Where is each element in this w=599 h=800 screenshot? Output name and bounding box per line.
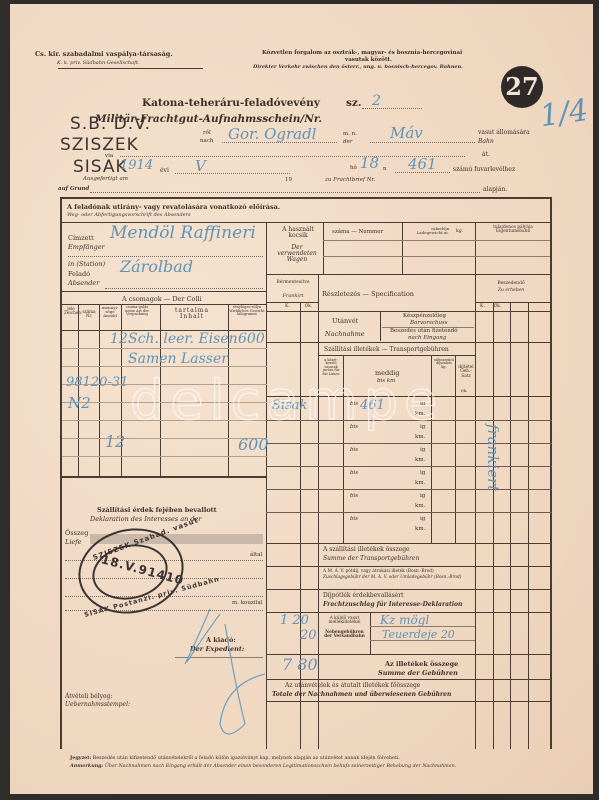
basis-label: alapján. — [483, 187, 507, 193]
prepaid-col-f: f/k. — [305, 305, 312, 310]
collect-col-k: K. — [480, 305, 485, 310]
on-receipt-hu: Beszedés után fizetendő — [390, 329, 458, 335]
colli-row-5-count: 12 — [105, 434, 125, 450]
transport-fees-header: Szállítási illetékek — Transportgebühren — [324, 347, 449, 353]
collect-col-f: f/k. — [494, 305, 501, 310]
waybill-label-hu: számú fuvarlevélhez — [453, 167, 515, 173]
wagon-kg-header: kg. — [456, 230, 463, 235]
day-value: 18 — [360, 156, 379, 171]
colli-col-count: mennyi-sége Anzahl — [100, 306, 120, 318]
expedient-signature — [165, 604, 275, 754]
grand-total-hu: Az utánvételek és átutalt illetékek főös… — [285, 683, 420, 689]
consignee-label-de: Empfänger — [68, 244, 105, 251]
watermark: delcampe — [130, 369, 443, 432]
cod-label-hu: Utánvét — [332, 318, 358, 325]
colli-col-number: száma Nr. — [80, 310, 98, 318]
footer-note-hu-label: Jegyzet: — [70, 755, 91, 761]
colli-row-1-content: Sch. leer. Eisen — [128, 332, 238, 346]
takeover-stamp-label-hu: Átvételi bélyeg: — [65, 694, 112, 700]
rate-col-header: díjtétel Geb.-Satz — [457, 366, 475, 379]
weight-col-header: súlyszerinti díjszabás kg. — [433, 359, 455, 369]
page-title-hu: Katona-teheráru-feladóvevény — [142, 98, 320, 109]
wagon-load-header: rakodója Ladegewicht m. — [405, 227, 449, 235]
side-fees-de: Nebengebühren der Versandbahn — [322, 631, 367, 640]
traffic-hu-1: Közvetlen forgalom az osztrák-, magyar- … — [262, 51, 462, 57]
via-label: via — [105, 154, 113, 160]
prepaid-col-k: K. — [285, 305, 290, 310]
used-wagons-de: Der verwendeten Wagen — [272, 245, 322, 263]
sender-value: Zárolbad — [120, 259, 193, 275]
from-label-de: nach — [200, 139, 213, 145]
colli-col-content: tartalma Inhalt — [162, 308, 222, 320]
colli-col-packing: csoma-golás neme Art der Verpackung — [122, 306, 152, 317]
divider — [58, 68, 203, 69]
mav-surcharge-de: Zuschlagsgebühr der M. A. V. oder Umlade… — [323, 576, 473, 580]
traffic-hu-2: vasutak között. — [345, 58, 392, 64]
amount-label-hu: Összeg — [65, 530, 88, 537]
year-prefix: 19 — [285, 178, 292, 184]
by-label: által — [250, 553, 262, 559]
month-label: hó — [350, 166, 357, 172]
footer-note-de-text: Über Nachnahmen nach Eingang erhält der … — [105, 764, 456, 769]
on-receipt-de: nach Eingang — [408, 336, 446, 342]
issued-label: Ausgefertigt am — [83, 177, 128, 183]
routing-instruction-de: Weg- oder Abfertigungsvorschrift des Abs… — [67, 213, 191, 218]
year-label: évi — [160, 168, 169, 174]
to-label-de: der — [343, 140, 352, 146]
title-sz: sz. — [346, 98, 362, 109]
fraction-annotation: 1/4 — [538, 96, 590, 132]
n-label: n — [383, 167, 387, 173]
year-value: 1914 — [120, 159, 153, 172]
sender-label-hu: Feladó — [68, 271, 90, 278]
colli-row-1-count: 12 — [110, 332, 128, 346]
sum-transport-de: Summe der Transportgebühren — [323, 556, 419, 562]
side-fees-note-2: Teuerdeje 20 — [382, 629, 455, 640]
to-station-value: Máv — [390, 126, 423, 141]
collect-header-de: Zu erheben — [486, 289, 536, 294]
station-label: in (Station) — [68, 261, 105, 268]
cod-label-de: Nachnahme — [325, 331, 365, 338]
total-fees-hu: Az illetékek összege — [385, 661, 458, 668]
specification-header: Részletezés — Specification — [322, 291, 414, 298]
station-stamp-line2: SZISZEK — [60, 137, 139, 154]
side-fees-hu: A küldő vasut mellékilletékei — [322, 617, 367, 626]
month-value: V — [195, 159, 206, 174]
colli-col-weight: tényleges súlya Wirkliches Gewicht kilog… — [228, 306, 266, 317]
footer-note-hu-text: Beszedés után kifizetendő utánvételekről… — [93, 756, 400, 761]
receipt-number: 2 — [372, 94, 381, 108]
from-station-value: Gor. Ogradl — [228, 127, 316, 142]
frame-left — [60, 197, 62, 749]
rate-unit: f/k. — [461, 389, 468, 393]
colli-row-4-mark: N2 — [68, 396, 91, 411]
waybill-number-value: 461 — [408, 157, 437, 172]
consignee-label-hu: Címzett — [68, 235, 94, 242]
consignee-value: Mendöl Raffineri — [110, 225, 256, 242]
station-stamp-line1: S.B. D.V. — [70, 116, 151, 133]
wagon-owner-header: tulajdonos pályája Eigentumsbahn — [480, 226, 546, 235]
footer-note-de: Anmerkung: Über Nachnahmen nach Eingang … — [70, 764, 456, 770]
form-number-badge: 27 — [501, 66, 543, 108]
station-label-hu: vasut állomására — [478, 130, 530, 136]
colli-row-3-mark: 98120-31 — [66, 376, 128, 389]
from-label-hu: ről — [203, 131, 211, 137]
waybill-label-de: zu Frachtbrief Nr. — [325, 178, 375, 184]
traffic-de: Direkter Verkehr zwischen den österr., u… — [253, 65, 463, 70]
vertical-handwritten-note: frankiert — [485, 424, 500, 491]
footer-note-hu: Jegyzet: Beszedés után kifizetendő utánv… — [70, 756, 400, 762]
to-label-hu: m. n. — [343, 132, 357, 138]
company-name-hu: Cs. kir. szabadalmi vaspálya-társaság. — [35, 51, 173, 58]
cash-advance-de: Barvorschuss — [410, 321, 448, 327]
amount-label-de: Liefe — [65, 539, 82, 546]
colli-row-1-weight: 600 — [238, 332, 265, 346]
frame-top — [60, 197, 552, 199]
takeover-stamp-label-de: Uebernahmsstempel: — [65, 702, 130, 708]
declaration-hu: Szállítási érdek fejében bevallott — [97, 507, 217, 514]
ground-label: auf Grund — [58, 187, 89, 193]
interest-surcharge-de: Frachtzuschlag für Interesse-Deklaration — [323, 602, 462, 608]
company-name-de: K. k. priv. Südbahn-Gesellschaft. — [57, 61, 140, 66]
side-fees-note-1: Kz mögl — [380, 614, 429, 626]
cash-advance-hu: Készpénzelőleg — [403, 314, 446, 320]
side-fees-prepaid-1: 1 20 — [280, 614, 309, 627]
colli-col-mark: jele Zeichen — [64, 307, 78, 315]
colli-row-5-weight: 600 — [238, 437, 269, 453]
total-fees-value: 7 80 — [282, 657, 318, 673]
total-fees-de: Summe der Gebühren — [378, 670, 458, 677]
colli-row-2-content: Samen Lasser — [128, 352, 228, 366]
colli-title: A csomagok — Der Colli — [122, 296, 202, 303]
prepaid-header-hu: Bérmentesítve — [273, 281, 313, 286]
document-paper: Cs. kir. szabadalmi vaspálya-társaság. K… — [10, 4, 593, 794]
collect-header-hu: Beszedendő — [486, 282, 536, 287]
sum-transport-hu: A szállítási illetékek összege — [323, 547, 410, 553]
station-label-de: Bahn — [478, 139, 494, 145]
side-fees-prepaid-2: 20 — [300, 629, 317, 642]
via-suffix: át. — [482, 152, 490, 158]
interest-surcharge-hu: Díjpótlék érdekbevallásért — [323, 593, 404, 599]
mav-surcharge-hu: A M. Á. V. pótdíj, vagy átrakási illeték… — [323, 570, 434, 574]
grand-total-de: Totale der Nachnahmen und überwiesenen G… — [272, 692, 451, 698]
footer-note-de-label: Anmerkung: — [70, 763, 103, 769]
frame-right — [550, 197, 552, 749]
prepaid-header-de: Frankirt — [273, 294, 313, 299]
sender-label-de: Absender — [68, 280, 99, 287]
used-wagons-hu: A használt kocsik — [276, 227, 320, 239]
routing-instruction-hu: A feladónak utirány- vagy revatolására v… — [67, 204, 280, 211]
wagon-number-header: száma — Nummer — [332, 230, 383, 236]
